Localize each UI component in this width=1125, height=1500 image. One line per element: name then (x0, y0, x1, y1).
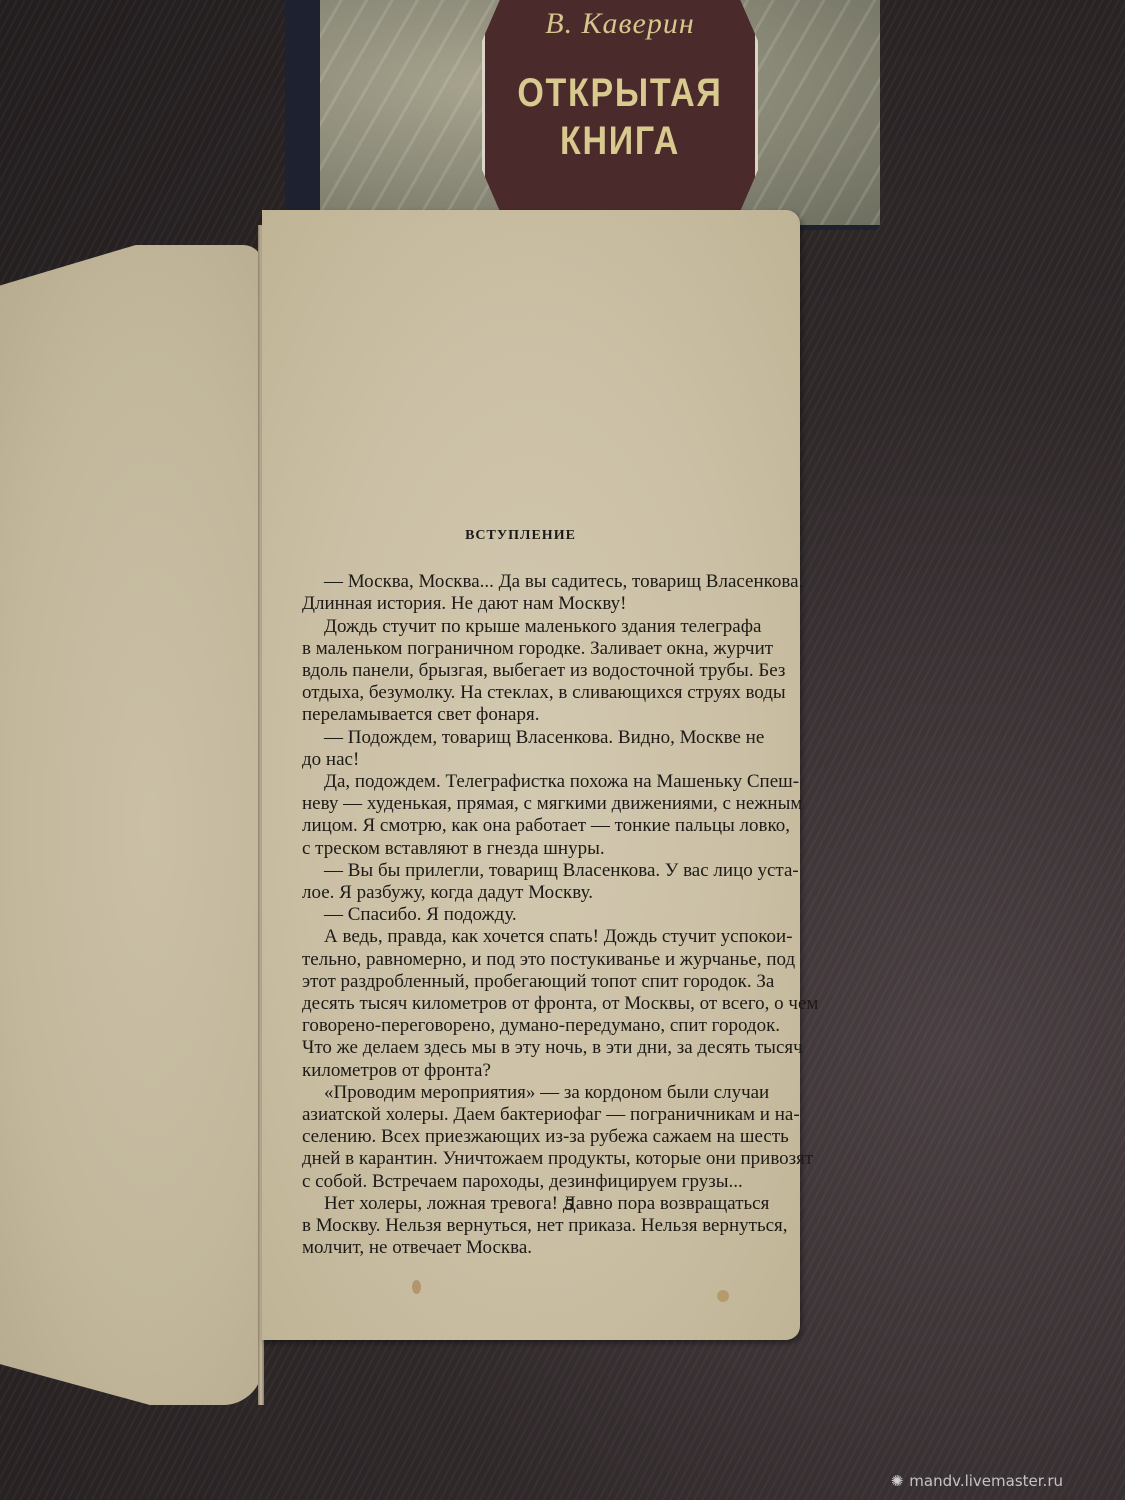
text-line: — Вы бы прилегли, товарищ Власенкова. У … (302, 860, 727, 882)
text-line: дней в карантин. Уничтожаем продукты, ко… (302, 1148, 727, 1170)
text-line: лое. Я разбужу, когда дадут Москву. (302, 882, 727, 904)
text-line: с треском вставляют в гнезда шнуры. (302, 838, 727, 860)
cover-title-line-1: ОТКРЫТАЯ (505, 69, 735, 117)
text-line: молчит, не отвечает Москва. (302, 1237, 727, 1259)
text-line: говорено-переговорено, думано-передумано… (302, 1015, 727, 1037)
text-line: тельно, равномерно, и под это постукиван… (302, 949, 727, 971)
text-line: отдыха, безумолку. На стеклах, в сливающ… (302, 682, 727, 704)
text-line: до нас! (302, 749, 727, 771)
right-page: ВСТУПЛЕНИЕ — Москва, Москва... Да вы сад… (262, 210, 800, 1340)
star-icon: ✺ (891, 1472, 904, 1490)
book-cover: В. Каверин ОТКРЫТАЯ КНИГА (320, 0, 880, 225)
text-line: Длинная история. Не дают нам Москву! (302, 593, 727, 615)
chapter-heading: ВСТУПЛЕНИЕ (302, 525, 727, 547)
page-text: ВСТУПЛЕНИЕ — Москва, Москва... Да вы сад… (302, 525, 727, 1260)
page-number: 5 (565, 1195, 574, 1215)
text-line: азиатской холеры. Даем бактериофаг — пог… (302, 1104, 727, 1126)
text-line: Нет холеры, ложная тревога! Давно пора в… (302, 1193, 727, 1215)
paper-stain (717, 1290, 729, 1302)
cover-author: В. Каверин (485, 7, 755, 41)
text-line: Да, подождем. Телеграфистка похожа на Ма… (302, 771, 727, 793)
text-line: «Проводим мероприятия» — за кордоном был… (302, 1082, 727, 1104)
text-line: в маленьком пограничном городке. Заливае… (302, 638, 727, 660)
left-page-show-through (240, 1005, 260, 1105)
text-line: — Подождем, товарищ Власенкова. Видно, М… (302, 727, 727, 749)
text-line: десять тысяч километров от фронта, от Мо… (302, 993, 727, 1015)
watermark: ✺ mandv.livemaster.ru (891, 1472, 1063, 1490)
text-line: в Москву. Нельзя вернуться, нет приказа.… (302, 1215, 727, 1237)
text-line: селению. Всех приезжающих из-за рубежа с… (302, 1126, 727, 1148)
watermark-text: mandv.livemaster.ru (909, 1472, 1063, 1490)
text-line: лицом. Я смотрю, как она работает — тонк… (302, 815, 727, 837)
text-line: неву — худенькая, прямая, с мягкими движ… (302, 793, 727, 815)
paper-stain (412, 1280, 421, 1294)
text-line: Что же делаем здесь мы в эту ночь, в эти… (302, 1037, 727, 1059)
cover-title-line-2: КНИГА (505, 117, 735, 165)
text-line: А ведь, правда, как хочется спать! Дождь… (302, 926, 727, 948)
text-line: Дождь стучит по крыше маленького здания … (302, 616, 727, 638)
text-line: с собой. Встречаем пароходы, дезинфициру… (302, 1171, 727, 1193)
text-line: — Спасибо. Я подожду. (302, 904, 727, 926)
text-line: этот раздробленный, пробегающий топот сп… (302, 971, 727, 993)
cover-label-panel: В. Каверин ОТКРЫТАЯ КНИГА (482, 0, 758, 221)
left-page (0, 245, 263, 1405)
text-line: километров от фронта? (302, 1060, 727, 1082)
text-line: — Москва, Москва... Да вы садитесь, това… (302, 571, 727, 593)
text-line: вдоль панели, брызгая, выбегает из водос… (302, 660, 727, 682)
text-line: переламывается свет фонаря. (302, 704, 727, 726)
